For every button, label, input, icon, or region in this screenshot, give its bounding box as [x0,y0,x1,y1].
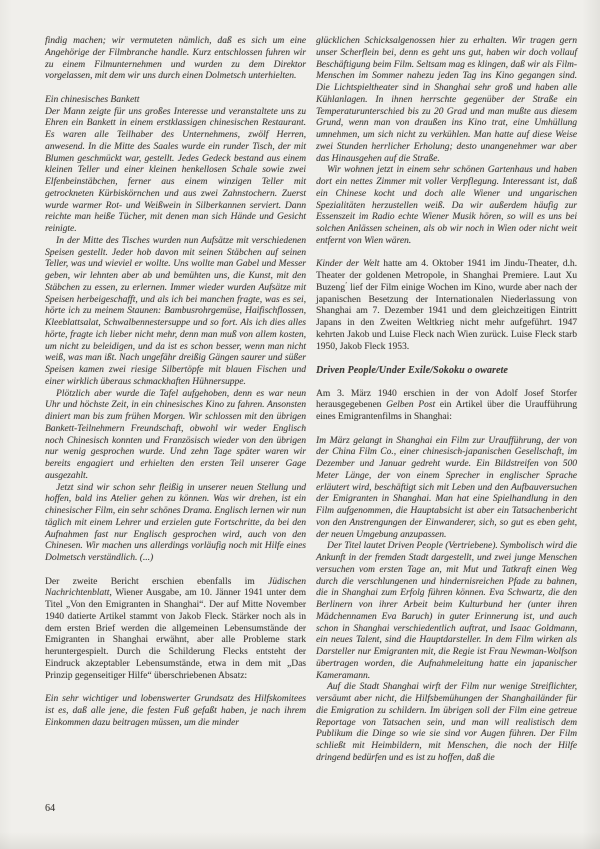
quote-paragraph: Plötzlich aber wurde die Tafel aufgehobe… [45,389,306,483]
left-column: findig machen; wir vermuteten nämlich, d… [45,36,306,765]
text-run: In der Mitte des Tisches wurden nun Aufs… [45,236,306,387]
text-run: Der Titel lautet Driven People (Vertrieb… [316,541,577,680]
quote-paragraph: Jetzt sind wir schon sehr fleißig in uns… [45,483,306,565]
text-run: Ein chinesisches Bankett [45,95,139,105]
section-heading: Driven People/Under Exile/Sokoku o oware… [316,365,577,377]
body-paragraph: Kinder der Welt hatte am 4. Oktober 1941… [316,259,577,353]
body-paragraph: Der zweite Bericht erschien ebenfalls im… [45,577,306,683]
text-run: Ein sehr wichtiger und lobenswerter Grun… [45,694,306,728]
text-run: Der Mann zeigte für uns großes Interesse… [45,107,306,235]
quote-paragraph: Auf die Stadt Shanghai wirft der Film nu… [316,682,577,764]
text-run: glücklichen Schicksalgenossen hier zu er… [316,36,577,164]
page-number: 64 [45,803,55,814]
text-run: Gelben Post [386,400,435,410]
quote-paragraph: Der Titel lautet Driven People (Vertrieb… [316,541,577,682]
text-run: Auf die Stadt Shanghai wirft der Film nu… [316,682,577,763]
quote-paragraph: Wir wohnen jetzt in einem sehr schönen G… [316,165,577,247]
body-paragraph: Am 3. März 1940 erschien in der von Adol… [316,389,577,424]
text-run: Im März gelangt in Shanghai ein Film zur… [316,436,577,540]
text-run: Jetzt sind wir schon sehr fleißig in uns… [45,483,306,564]
text-run: Driven People/Under Exile/Sokoku o oware… [316,365,508,376]
text-run: findig machen; wir vermuteten nämlich, d… [45,36,306,81]
scanned-book-page: findig machen; wir vermuteten nämlich, d… [0,0,600,849]
quote-paragraph: In der Mitte des Tisches wurden nun Aufs… [45,236,306,389]
text-run: , Wiener Ausgabe, am 10. Jänner 1941 unt… [45,588,306,680]
quote-paragraph: glücklichen Schicksalgenossen hier zu er… [316,36,577,165]
text-run: Der zweite Bericht erschien ebenfalls im [45,577,268,587]
text-run: Wir wohnen jetzt in einem sehr schönen G… [316,165,577,246]
quote-paragraph: Ein sehr wichtiger und lobenswerter Grun… [45,694,306,729]
text-run: Plötzlich aber wurde die Tafel aufgehobe… [45,389,306,481]
quote-paragraph: Im März gelangt in Shanghai ein Film zur… [316,436,577,542]
right-column: glücklichen Schicksalgenossen hier zu er… [316,36,577,765]
text-run: Kinder der Welt [316,259,379,269]
quote-paragraph: Der Mann zeigte für uns großes Interesse… [45,107,306,236]
text-run: lief der Film einige Wochen im Kino, wur… [316,283,577,352]
quote-subheading: Ein chinesisches Bankett [45,95,306,107]
page-content: findig machen; wir vermuteten nämlich, d… [45,36,577,765]
quote-paragraph: findig machen; wir vermuteten nämlich, d… [45,36,306,83]
